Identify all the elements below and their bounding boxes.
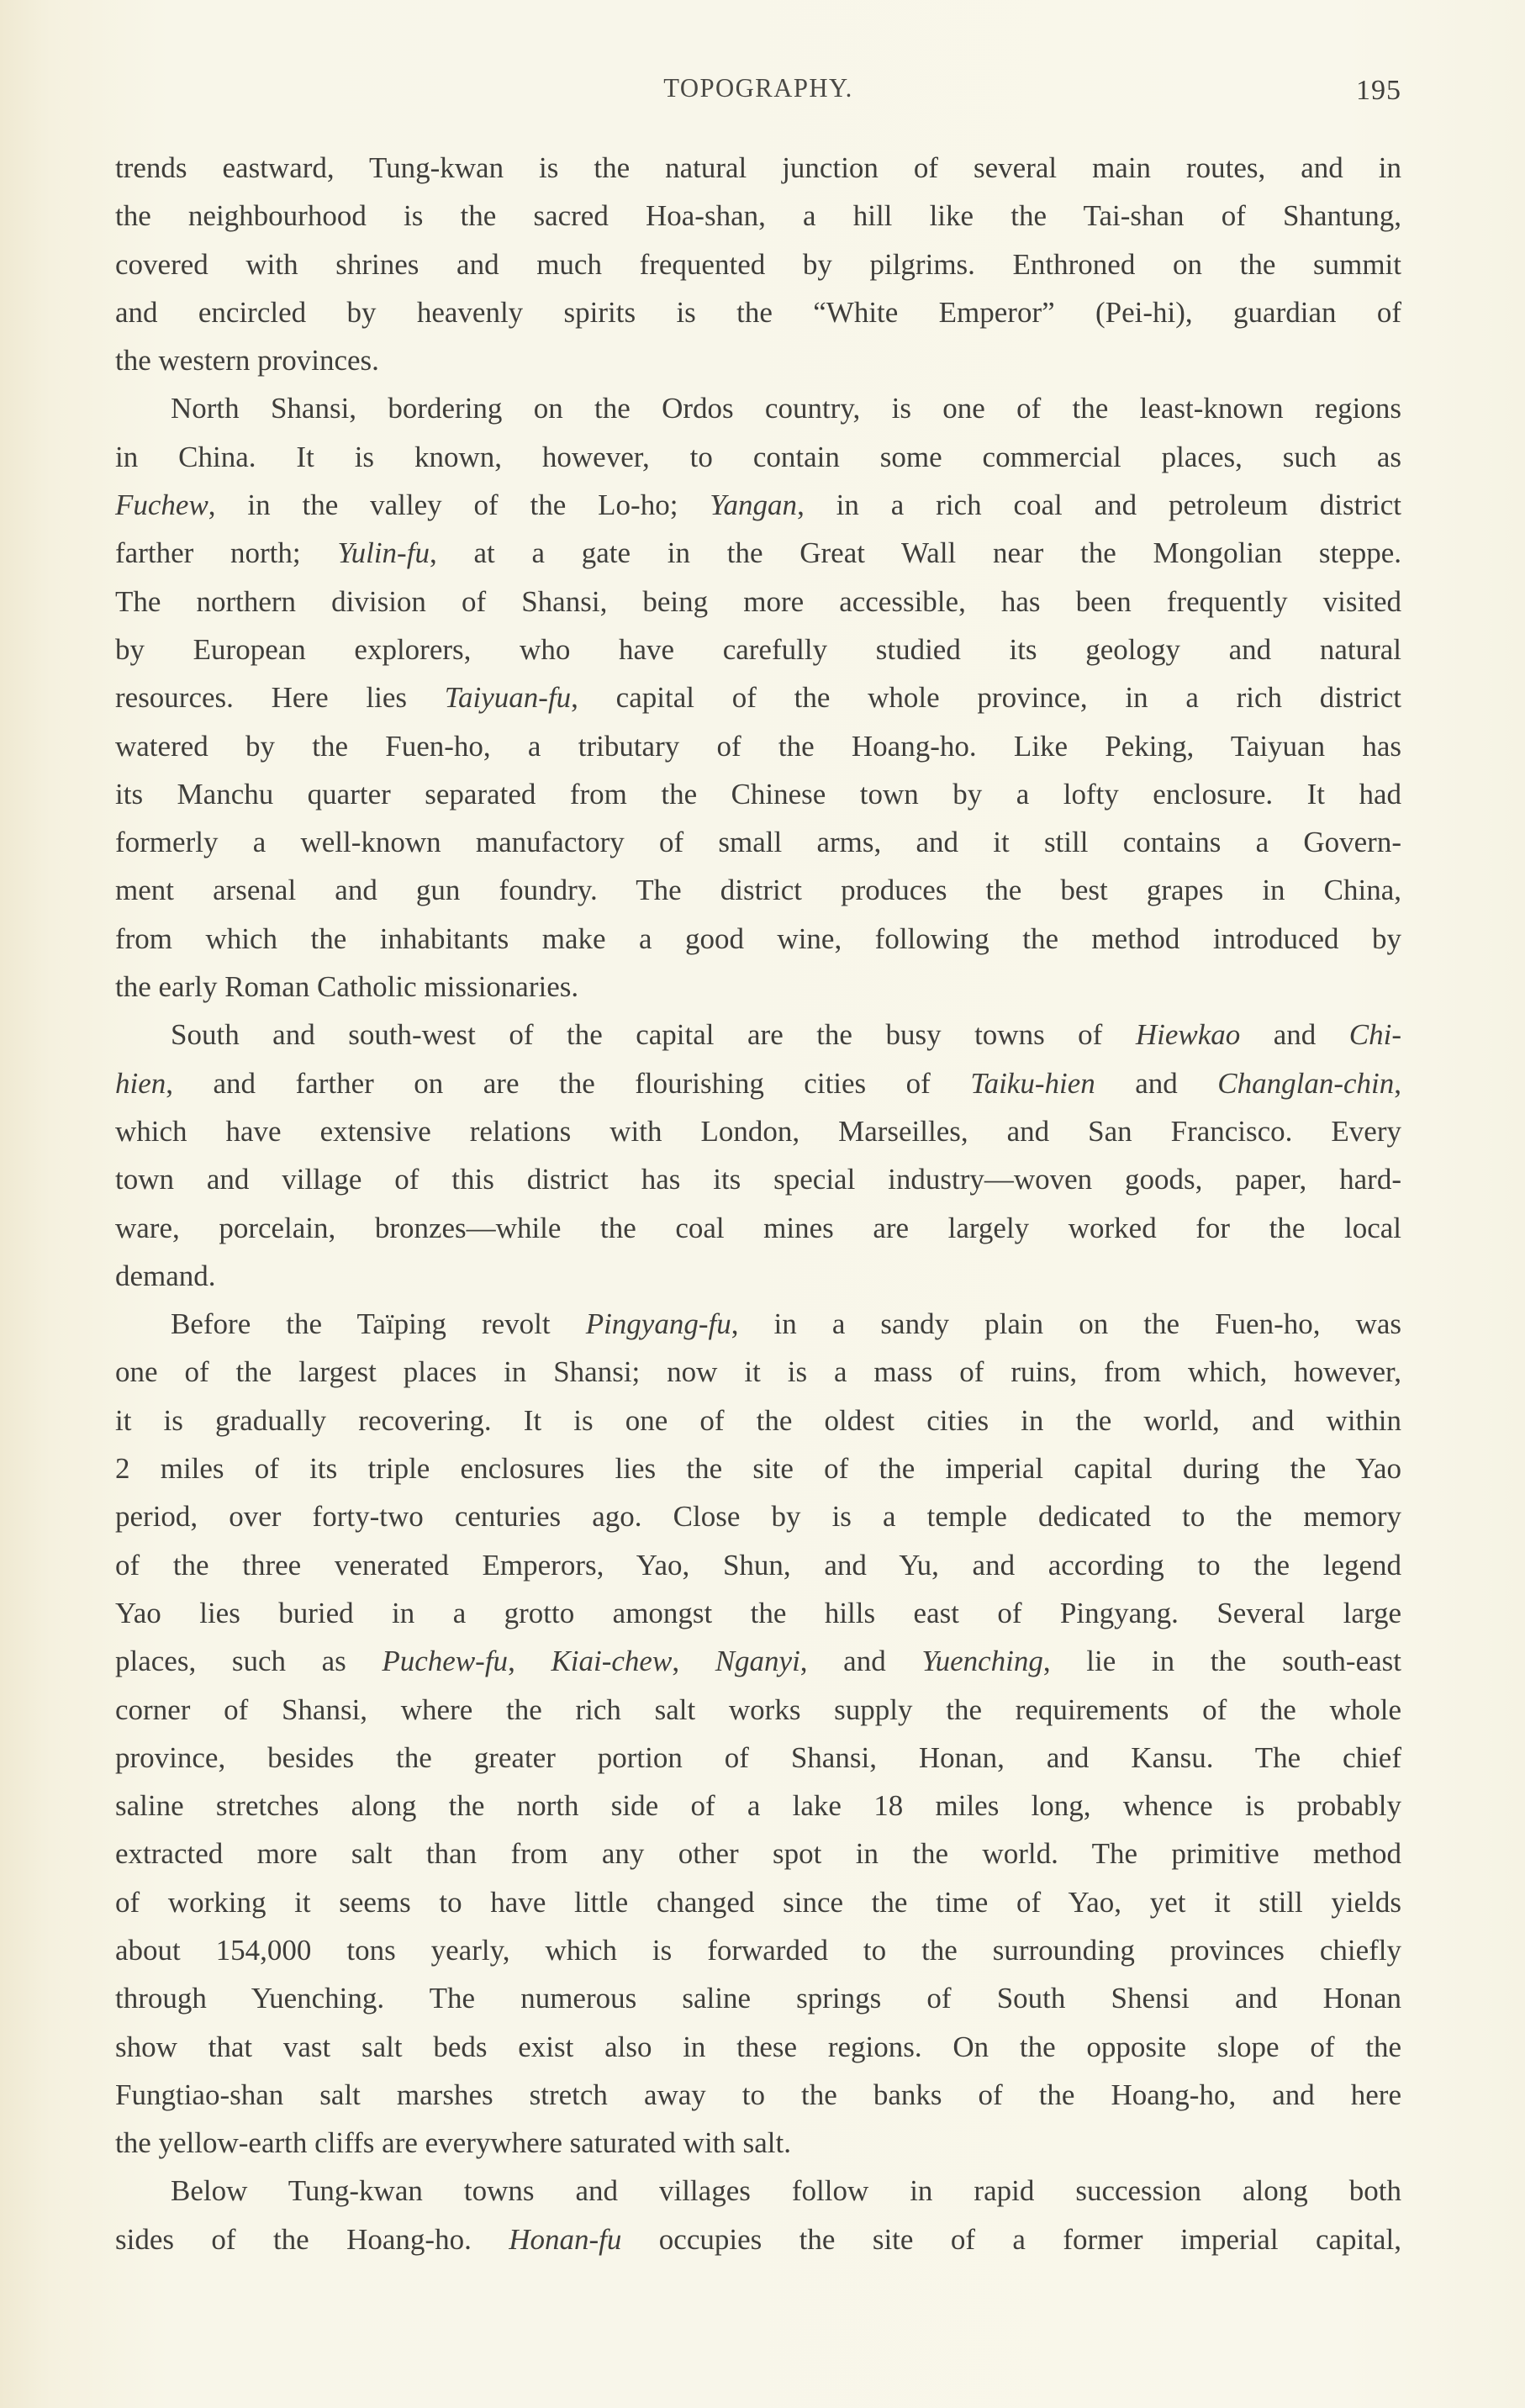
text-line: extracted more salt than from any other … — [115, 1830, 1401, 1877]
text-line-content: and encircled by heavenly spirits is the… — [115, 288, 1401, 336]
text-line: the neighbourhood is the sacred Hoa-shan… — [115, 192, 1401, 240]
text-line-content: saline stretches along the north side of… — [115, 1782, 1401, 1830]
text-line: watered by the Fuen-ho, a tributary of t… — [115, 722, 1401, 770]
text-line-content: North Shansi, bordering on the Ordos cou… — [171, 384, 1401, 432]
text-line-content: town and village of this district has it… — [115, 1155, 1401, 1203]
text-run: farther north; — [115, 536, 337, 569]
text-line: hien, and farther on are the flourishing… — [115, 1059, 1401, 1107]
text-line: the western provinces. — [115, 336, 1401, 384]
text-line-content: demand. — [115, 1252, 1401, 1300]
text-line-content: farther north; Yulin-fu, at a gate in th… — [115, 529, 1401, 577]
text-run: Yao lies buried in a grotto amongst the … — [115, 1597, 1401, 1629]
running-head: TOPOGRAPHY. 195 — [115, 71, 1401, 104]
text-run: , and — [800, 1645, 922, 1677]
text-line: 2 miles of its triple enclosures lies th… — [115, 1444, 1401, 1492]
text-line-content: The northern division of Shansi, being m… — [115, 578, 1401, 626]
text-run: show that vast salt beds exist also in t… — [115, 2030, 1401, 2063]
body-text: trends eastward, Tung-kwan is the natura… — [115, 144, 1401, 2263]
text-run: the early Roman Catholic missionaries. — [115, 970, 578, 1003]
text-run: through Yuenching. The numerous saline s… — [115, 1982, 1401, 2015]
text-run: trends eastward, Tung-kwan is the natura… — [115, 151, 1401, 184]
text-run: and — [1095, 1067, 1218, 1100]
text-line-content: one of the largest places in Shansi; now… — [115, 1348, 1401, 1396]
text-run: occupies the site of a former imperial c… — [621, 2223, 1401, 2256]
text-line-content: Fungtiao-shan salt marshes stretch away … — [115, 2071, 1401, 2119]
text-line: Below Tung-kwan towns and villages follo… — [115, 2167, 1401, 2215]
text-line: corner of Shansi, where the rich salt wo… — [115, 1686, 1401, 1734]
text-line: South and south-west of the capital are … — [115, 1011, 1401, 1059]
place-name-italic: Yulin-fu — [337, 536, 430, 569]
text-line: of working it seems to have little chang… — [115, 1878, 1401, 1926]
text-run: about 154,000 tons yearly, which is forw… — [115, 1934, 1401, 1967]
text-line-content: Yao lies buried in a grotto amongst the … — [115, 1589, 1401, 1637]
text-run: , at a gate in the Great Wall near the M… — [430, 536, 1401, 569]
place-name-italic: Chi- — [1349, 1018, 1401, 1051]
text-line: resources. Here lies Taiyuan-fu, capital… — [115, 673, 1401, 721]
text-run: of the three venerated Emperors, Yao, Sh… — [115, 1549, 1401, 1582]
text-line-content: the yellow-earth cliffs are everywhere s… — [115, 2119, 1401, 2167]
text-run: Fungtiao-shan salt marshes stretch away … — [115, 2078, 1401, 2111]
text-line-content: Fuchew, in the valley of the Lo-ho; Yang… — [115, 481, 1401, 529]
text-line: the yellow-earth cliffs are everywhere s… — [115, 2119, 1401, 2167]
place-name-italic: Fuchew — [115, 488, 208, 521]
text-line: formerly a well-known manufactory of sma… — [115, 818, 1401, 866]
text-line-content: show that vast salt beds exist also in t… — [115, 2023, 1401, 2071]
text-line: through Yuenching. The numerous saline s… — [115, 1974, 1401, 2022]
place-name-italic: hien — [115, 1067, 166, 1100]
text-run: it is gradually recovering. It is one of… — [115, 1404, 1401, 1437]
place-name-italic: Puchew-fu — [382, 1645, 508, 1677]
text-run: watered by the Fuen-ho, a tributary of t… — [115, 730, 1401, 763]
text-line: demand. — [115, 1252, 1401, 1300]
text-line-content: places, such as Puchew-fu, Kiai-chew, Ng… — [115, 1637, 1401, 1685]
place-name-italic: Yangan — [710, 488, 797, 521]
text-line-content: ment arsenal and gun foundry. The distri… — [115, 866, 1401, 914]
text-line-content: province, besides the greater portion of… — [115, 1734, 1401, 1782]
text-line-content: Before the Taïping revolt Pingyang-fu, i… — [171, 1300, 1401, 1348]
text-line-content: sides of the Hoang-ho. Honan-fu occupies… — [115, 2215, 1401, 2263]
text-line-content: of the three venerated Emperors, Yao, Sh… — [115, 1541, 1401, 1589]
text-run: 2 miles of its triple enclosures lies th… — [115, 1452, 1401, 1485]
text-run: , and farther on are the flourishing cit… — [166, 1067, 970, 1100]
text-line: The northern division of Shansi, being m… — [115, 578, 1401, 626]
text-run: of working it seems to have little chang… — [115, 1886, 1401, 1919]
text-run: province, besides the greater portion of… — [115, 1741, 1401, 1774]
text-run: ware, porcelain, bronzes—while the coal … — [115, 1212, 1401, 1244]
text-line: ware, porcelain, bronzes—while the coal … — [115, 1204, 1401, 1252]
text-run: The northern division of Shansi, being m… — [115, 585, 1401, 618]
text-line-content: period, over forty-two centuries ago. Cl… — [115, 1492, 1401, 1540]
text-line: province, besides the greater portion of… — [115, 1734, 1401, 1782]
text-run: ment arsenal and gun foundry. The distri… — [115, 874, 1401, 906]
text-line-content: 2 miles of its triple enclosures lies th… — [115, 1444, 1401, 1492]
place-name-italic: Changlan-chin — [1217, 1067, 1394, 1100]
text-line: Yao lies buried in a grotto amongst the … — [115, 1589, 1401, 1637]
text-line: of the three venerated Emperors, Yao, Sh… — [115, 1541, 1401, 1589]
text-line: Before the Taïping revolt Pingyang-fu, i… — [115, 1300, 1401, 1348]
text-line-content: hien, and farther on are the flourishing… — [115, 1059, 1401, 1107]
text-line: sides of the Hoang-ho. Honan-fu occupies… — [115, 2215, 1401, 2263]
text-line: its Manchu quarter separated from the Ch… — [115, 770, 1401, 818]
text-line-content: of working it seems to have little chang… — [115, 1878, 1401, 1926]
place-name-italic: Taiyuan-fu — [445, 681, 571, 714]
text-line: show that vast salt beds exist also in t… — [115, 2023, 1401, 2071]
text-line-content: which have extensive relations with Lond… — [115, 1107, 1401, 1155]
text-run: extracted more salt than from any other … — [115, 1837, 1401, 1870]
text-run: the yellow-earth cliffs are everywhere s… — [115, 2126, 791, 2159]
place-name-italic: Nganyi — [715, 1645, 800, 1677]
text-run: its Manchu quarter separated from the Ch… — [115, 778, 1401, 811]
text-run: demand. — [115, 1259, 216, 1292]
text-run: in China. It is known, however, to conta… — [115, 441, 1401, 473]
text-run: by European explorers, who have carefull… — [115, 633, 1401, 666]
text-line-content: Below Tung-kwan towns and villages follo… — [171, 2167, 1401, 2215]
text-run: Below Tung-kwan towns and villages follo… — [171, 2174, 1401, 2207]
text-run: , in a rich coal and petroleum district — [797, 488, 1401, 521]
text-line-content: from which the inhabitants make a good w… — [115, 915, 1401, 963]
text-line: trends eastward, Tung-kwan is the natura… — [115, 144, 1401, 192]
text-run: town and village of this district has it… — [115, 1163, 1401, 1196]
text-run: resources. Here lies — [115, 681, 445, 714]
running-title: TOPOGRAPHY. — [141, 71, 1376, 104]
text-run: , — [1394, 1067, 1401, 1100]
text-run: the neighbourhood is the sacred Hoa-shan… — [115, 199, 1401, 232]
text-run: , — [508, 1645, 551, 1677]
place-name-italic: Kiai-chew — [551, 1645, 672, 1677]
text-run: and — [1240, 1018, 1349, 1051]
text-line: one of the largest places in Shansi; now… — [115, 1348, 1401, 1396]
text-line-content: through Yuenching. The numerous saline s… — [115, 1974, 1401, 2022]
text-run: , — [672, 1645, 715, 1677]
text-run: sides of the Hoang-ho. — [115, 2223, 509, 2256]
page-number: 195 — [1356, 74, 1401, 108]
text-run: , capital of the whole province, in a ri… — [571, 681, 1401, 714]
place-name-italic: Taiku-hien — [970, 1067, 1095, 1100]
text-line-content: trends eastward, Tung-kwan is the natura… — [115, 144, 1401, 192]
text-line-content: the early Roman Catholic missionaries. — [115, 963, 1401, 1011]
text-line: and encircled by heavenly spirits is the… — [115, 288, 1401, 336]
place-name-italic: Yuenching — [921, 1645, 1043, 1677]
text-line-content: resources. Here lies Taiyuan-fu, capital… — [115, 673, 1401, 721]
text-run: , in a sandy plain on the Fuen-ho, was — [731, 1307, 1401, 1340]
text-run: from which the inhabitants make a good w… — [115, 922, 1401, 955]
text-run: , in the valley of the Lo-ho; — [208, 488, 710, 521]
text-line-content: the western provinces. — [115, 336, 1401, 384]
text-line: period, over forty-two centuries ago. Cl… — [115, 1492, 1401, 1540]
text-run: saline stretches along the north side of… — [115, 1789, 1401, 1822]
text-line-content: the neighbourhood is the sacred Hoa-shan… — [115, 192, 1401, 240]
text-line-content: covered with shrines and much frequented… — [115, 240, 1401, 288]
text-line: in China. It is known, however, to conta… — [115, 433, 1401, 481]
text-run: North Shansi, bordering on the Ordos cou… — [171, 392, 1401, 425]
text-line: places, such as Puchew-fu, Kiai-chew, Ng… — [115, 1637, 1401, 1685]
text-run: the western provinces. — [115, 344, 379, 377]
text-run: one of the largest places in Shansi; now… — [115, 1355, 1401, 1388]
text-line: town and village of this district has it… — [115, 1155, 1401, 1203]
text-run: which have extensive relations with Lond… — [115, 1115, 1401, 1148]
text-line: by European explorers, who have carefull… — [115, 626, 1401, 673]
text-line: Fuchew, in the valley of the Lo-ho; Yang… — [115, 481, 1401, 529]
place-name-italic: Honan-fu — [509, 2223, 621, 2256]
text-line-content: ware, porcelain, bronzes—while the coal … — [115, 1204, 1401, 1252]
text-line: the early Roman Catholic missionaries. — [115, 963, 1401, 1011]
text-run: Before the Taïping revolt — [171, 1307, 586, 1340]
text-line-content: formerly a well-known manufactory of sma… — [115, 818, 1401, 866]
text-run: covered with shrines and much frequented… — [115, 248, 1401, 281]
text-line-content: about 154,000 tons yearly, which is forw… — [115, 1926, 1401, 1974]
text-line-content: South and south-west of the capital are … — [171, 1011, 1401, 1059]
text-line: ment arsenal and gun foundry. The distri… — [115, 866, 1401, 914]
text-run: period, over forty-two centuries ago. Cl… — [115, 1500, 1401, 1533]
place-name-italic: Hiewkao — [1136, 1018, 1240, 1051]
text-line: it is gradually recovering. It is one of… — [115, 1397, 1401, 1444]
text-run: South and south-west of the capital are … — [171, 1018, 1136, 1051]
text-line-content: watered by the Fuen-ho, a tributary of t… — [115, 722, 1401, 770]
text-run: corner of Shansi, where the rich salt wo… — [115, 1693, 1401, 1726]
text-line: farther north; Yulin-fu, at a gate in th… — [115, 529, 1401, 577]
text-line-content: its Manchu quarter separated from the Ch… — [115, 770, 1401, 818]
text-line: which have extensive relations with Lond… — [115, 1107, 1401, 1155]
text-run: , lie in the south-east — [1043, 1645, 1401, 1677]
book-page: TOPOGRAPHY. 195 trends eastward, Tung-kw… — [0, 0, 1525, 2408]
text-line: North Shansi, bordering on the Ordos cou… — [115, 384, 1401, 432]
text-line: covered with shrines and much frequented… — [115, 240, 1401, 288]
text-line-content: extracted more salt than from any other … — [115, 1830, 1401, 1877]
text-line: Fungtiao-shan salt marshes stretch away … — [115, 2071, 1401, 2119]
text-run: places, such as — [115, 1645, 382, 1677]
text-line-content: it is gradually recovering. It is one of… — [115, 1397, 1401, 1444]
text-line-content: in China. It is known, however, to conta… — [115, 433, 1401, 481]
text-run: formerly a well-known manufactory of sma… — [115, 826, 1401, 858]
text-run: and encircled by heavenly spirits is the… — [115, 296, 1401, 329]
text-line-content: by European explorers, who have carefull… — [115, 626, 1401, 673]
text-line: from which the inhabitants make a good w… — [115, 915, 1401, 963]
text-line: about 154,000 tons yearly, which is forw… — [115, 1926, 1401, 1974]
place-name-italic: Pingyang-fu — [586, 1307, 731, 1340]
text-line-content: corner of Shansi, where the rich salt wo… — [115, 1686, 1401, 1734]
text-line: saline stretches along the north side of… — [115, 1782, 1401, 1830]
